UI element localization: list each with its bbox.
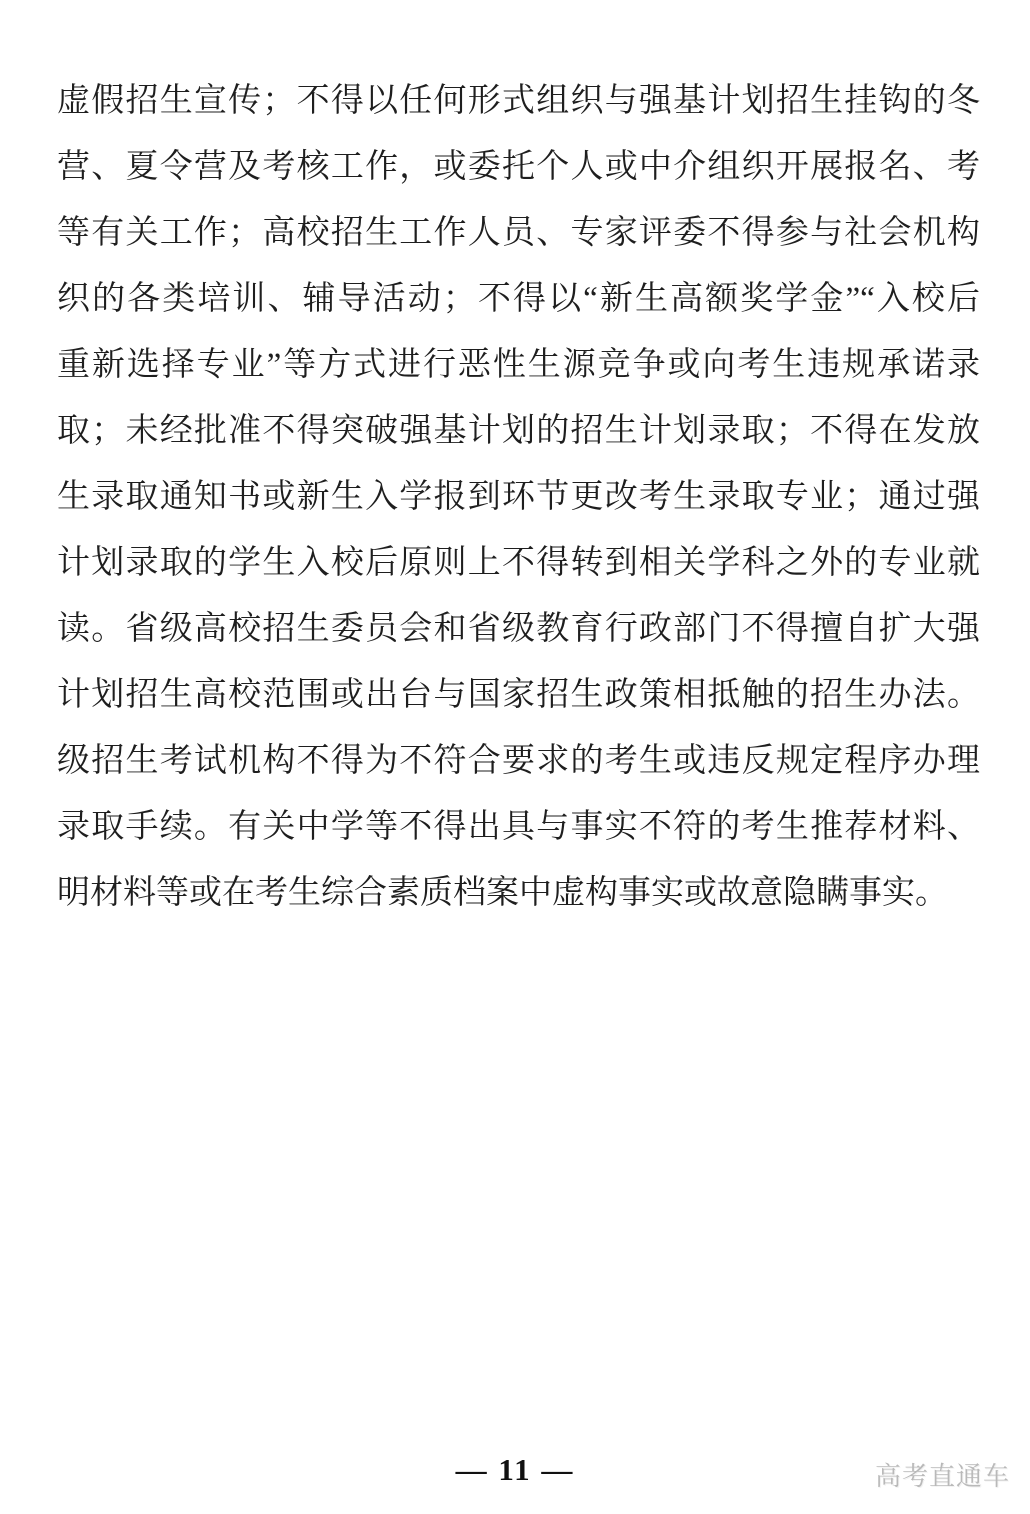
page-number: — 11 — xyxy=(456,1452,575,1487)
text-line: 计划招生高校范围或出台与国家招生政策相抵触的招生办法。省 xyxy=(57,662,980,728)
text-line: 生录取通知书或新生入学报到环节更改考生录取专业；通过强基 xyxy=(57,464,980,530)
body-text: 虚假招生宣传；不得以任何形式组织与强基计划招生挂钩的冬令 营、夏令营及考核工作，… xyxy=(57,68,980,926)
document-page: 虚假招生宣传；不得以任何形式组织与强基计划招生挂钩的冬令 营、夏令营及考核工作，… xyxy=(0,0,1030,1514)
text-line: 级招生考试机构不得为不符合要求的考生或违反规定程序办理 xyxy=(57,728,980,794)
text-line: 虚假招生宣传；不得以任何形式组织与强基计划招生挂钩的冬令 xyxy=(57,68,980,134)
text-line: 重新选择专业”等方式进行恶性生源竞争或向考生违规承诺录 xyxy=(57,332,980,398)
text-line: 营、夏令营及考核工作，或委托个人或中介组织开展报名、考核 xyxy=(57,134,980,200)
text-line: 明材料等或在考生综合素质档案中虚构事实或故意隐瞒事实。 xyxy=(57,860,980,926)
text-line: 计划录取的学生入校后原则上不得转到相关学科之外的专业就 xyxy=(57,530,980,596)
watermark-logo: 高考直通车 xyxy=(875,1456,1010,1493)
text-line: 读。省级高校招生委员会和省级教育行政部门不得擅自扩大强基 xyxy=(57,596,980,662)
text-line: 等有关工作；高校招生工作人员、专家评委不得参与社会机构组 xyxy=(57,200,980,266)
text-line: 织的各类培训、辅导活动；不得以“新生高额奖学金”“入校后 xyxy=(57,266,980,332)
text-line: 取；未经批准不得突破强基计划的招生计划录取；不得在发放新 xyxy=(57,398,980,464)
text-line: 录取手续。有关中学等不得出具与事实不符的考生推荐材料、证 xyxy=(57,794,980,860)
